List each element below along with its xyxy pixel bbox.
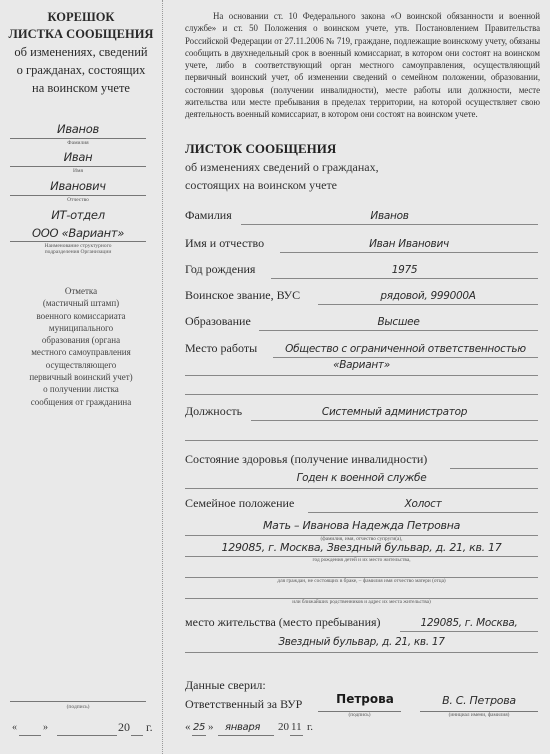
open-quote: « xyxy=(12,722,17,733)
surname-field[interactable]: Фамилия Иванов xyxy=(185,207,538,225)
relative-value: Мать – Иванова Надежда Петровна xyxy=(185,519,538,532)
stub-subtitle-line: на воинском учете xyxy=(0,81,162,96)
date-month-value: января xyxy=(225,722,260,733)
stub-title-line: КОРЕШОК xyxy=(0,10,162,25)
notice-title: ЛИСТОК СООБЩЕНИЯ xyxy=(185,141,336,157)
field-underline xyxy=(450,468,538,469)
birth-year-field[interactable]: Год рождения 1975 xyxy=(185,261,538,279)
health-underline-2[interactable] xyxy=(185,488,538,489)
stub-signature-field[interactable] xyxy=(10,701,146,702)
rank-field[interactable]: Воинское звание, ВУС рядовой, 999000А xyxy=(185,287,538,305)
position-label: Должность xyxy=(185,404,242,419)
stamp-text-line: (мастичный штамп) xyxy=(0,297,162,309)
field-underline xyxy=(273,357,538,358)
stub-name-field[interactable]: Иван Имя xyxy=(10,150,146,180)
surname-value: Иванов xyxy=(241,210,538,222)
unmarried-caption: для граждан, не состоящих в браке, – фам… xyxy=(185,578,538,584)
stamp-text-line: местного самоуправления xyxy=(0,346,162,358)
signature-caption: (подпись) xyxy=(318,712,401,718)
field-underline xyxy=(280,252,538,253)
stamp-text-line: о получении листка xyxy=(0,383,162,395)
date-day-blank[interactable] xyxy=(192,735,206,736)
date-year-prefix: 20 xyxy=(278,721,289,733)
health-value: Годен к военной службе xyxy=(185,472,538,484)
stub-year-unit: г. xyxy=(146,720,153,735)
workplace-underline-2[interactable] xyxy=(185,375,538,376)
field-underline xyxy=(271,278,538,279)
workplace-value-line1: Общество с ограниченной ответственностью xyxy=(273,343,538,355)
stub-department-field[interactable]: ИТ-отдел ООО «Вариант» Наименование стру… xyxy=(10,208,146,258)
stamp-text-line: первичный воинский учет) xyxy=(0,371,162,383)
name-patronymic-field[interactable]: Имя и отчество Иван Иванович xyxy=(185,235,538,253)
education-value: Высшее xyxy=(259,316,538,328)
field-underline xyxy=(251,420,538,421)
date-field: « 25 » января 20 11 г. xyxy=(185,721,385,737)
marital-status-label: Семейное положение xyxy=(185,496,294,511)
date-year-blank[interactable] xyxy=(290,735,303,736)
close-quote: » xyxy=(208,721,214,733)
health-label: Состояние здоровья (получение инвалиднос… xyxy=(185,452,427,467)
stub-surname-field[interactable]: Иванов Фамилия xyxy=(10,122,146,152)
workplace-underline-3[interactable] xyxy=(185,394,538,395)
date-year-unit: г. xyxy=(307,721,313,733)
field-underline xyxy=(241,224,538,225)
position-value: Системный администратор xyxy=(251,406,538,418)
workplace-field[interactable]: Место работы Общество с ограниченной отв… xyxy=(185,340,538,358)
health-field[interactable]: Состояние здоровья (получение инвалиднос… xyxy=(185,451,538,469)
close-quote: » xyxy=(43,722,48,733)
notice-subtitle: состоящих на воинском учете xyxy=(185,178,337,193)
stub-patronymic-field[interactable]: Иванович Отчество xyxy=(10,179,146,209)
birth-year-label: Год рождения xyxy=(185,262,255,277)
position-underline-2[interactable] xyxy=(185,440,538,441)
stamp-text-line: сообщения от гражданина xyxy=(0,396,162,408)
stamp-text-line: военного комиссариата xyxy=(0,310,162,322)
date-year-suffix: 11 xyxy=(291,721,302,733)
signer-name-caption: (инициал имени, фамилия) xyxy=(420,712,538,718)
stub-stamp-area: Отметка (мастичный штамп) военного комис… xyxy=(0,285,162,408)
education-field[interactable]: Образование Высшее xyxy=(185,313,538,331)
stub-title-line: ЛИСТКА СООБЩЕНИЯ xyxy=(0,27,162,42)
stamp-text-line: образования (органа xyxy=(0,334,162,346)
stub-patronymic-value: Иванович xyxy=(10,179,146,193)
stub-department-value: ИТ-отдел xyxy=(10,208,146,222)
stub-surname-value: Иванов xyxy=(10,122,146,136)
stub-patronymic-caption: Отчество xyxy=(10,197,146,203)
field-underline xyxy=(308,512,538,513)
notice-subtitle: об изменениях сведений о гражданах, xyxy=(185,160,379,175)
stub-month-blank[interactable] xyxy=(57,735,117,736)
tear-line-divider xyxy=(162,0,163,754)
name-patronymic-value: Иван Иванович xyxy=(280,238,538,250)
stamp-text-line: осуществляющего xyxy=(0,359,162,371)
field-underline xyxy=(10,138,146,139)
notice-section: На основании ст. 10 Федерального закона … xyxy=(175,0,545,754)
stub-subtitle-line: об изменениях, сведений xyxy=(0,45,162,60)
residence-label: место жительства (место пребывания) xyxy=(185,615,381,630)
signature-value: Петрова xyxy=(325,692,405,706)
stub-name-value: Иван xyxy=(10,150,146,164)
residence-underline-2[interactable] xyxy=(185,652,538,653)
stub-signature-caption: (подпись) xyxy=(10,704,146,710)
rank-value: рядовой, 999000А xyxy=(318,290,538,302)
stub-year-prefix: 20 xyxy=(118,720,130,735)
date-month-blank[interactable] xyxy=(218,735,274,736)
residence-value-line2: Звездный бульвар, д. 21, кв. 17 xyxy=(185,636,538,648)
stub-organization-value: ООО «Вариант» xyxy=(10,226,146,240)
education-label: Образование xyxy=(185,314,251,329)
responsible-label: Ответственный за ВУР xyxy=(185,697,302,712)
name-patronymic-label: Имя и отчество xyxy=(185,236,264,251)
open-quote: « xyxy=(185,721,191,733)
signer-name-value: В. С. Петрова xyxy=(420,694,538,707)
stub-day-blank[interactable] xyxy=(19,735,41,736)
residence-value-line1: 129085, г. Москва, xyxy=(400,617,538,629)
stub-subtitle-line: о гражданах, состоящих xyxy=(0,63,162,78)
verified-label: Данные сверил: xyxy=(185,678,266,693)
workplace-value-line2: «Вариант» xyxy=(185,359,538,371)
residence-field[interactable]: место жительства (место пребывания) 1290… xyxy=(185,614,538,632)
children-value: 129085, г. Москва, Звездный бульвар, д. … xyxy=(185,541,538,554)
rank-label: Воинское звание, ВУС xyxy=(185,288,300,303)
stub-section: КОРЕШОК ЛИСТКА СООБЩЕНИЯ об изменениях, … xyxy=(0,0,162,754)
stub-surname-caption: Фамилия xyxy=(10,140,146,146)
field-underline xyxy=(318,304,538,305)
date-day-value: 25 xyxy=(193,722,205,733)
field-underline xyxy=(10,241,146,242)
field-underline xyxy=(259,330,538,331)
surname-label: Фамилия xyxy=(185,208,232,223)
stamp-text-line: Отметка xyxy=(0,285,162,297)
field-underline xyxy=(10,166,146,167)
stamp-text-line: муниципального xyxy=(0,322,162,334)
children-caption: год рождения детей и их место жительства… xyxy=(185,557,538,563)
field-underline xyxy=(400,631,538,632)
birth-year-value: 1975 xyxy=(271,264,538,276)
marital-status-field[interactable]: Семейное положение Холост xyxy=(185,495,538,513)
stub-name-caption: Имя xyxy=(10,168,146,174)
field-underline xyxy=(10,195,146,196)
position-field[interactable]: Должность Системный администратор xyxy=(185,403,538,421)
stub-department-caption: подразделения Организации xyxy=(10,249,146,255)
legal-intro-text: На основании ст. 10 Федерального закона … xyxy=(185,10,540,121)
stub-year-blank[interactable] xyxy=(131,735,143,736)
workplace-label: Место работы xyxy=(185,341,257,356)
marital-status-value: Холост xyxy=(308,498,538,510)
military-registration-form: КОРЕШОК ЛИСТКА СООБЩЕНИЯ об изменениях, … xyxy=(0,0,550,754)
relatives-caption: или ближайших родственников и адрес их м… xyxy=(185,599,538,605)
